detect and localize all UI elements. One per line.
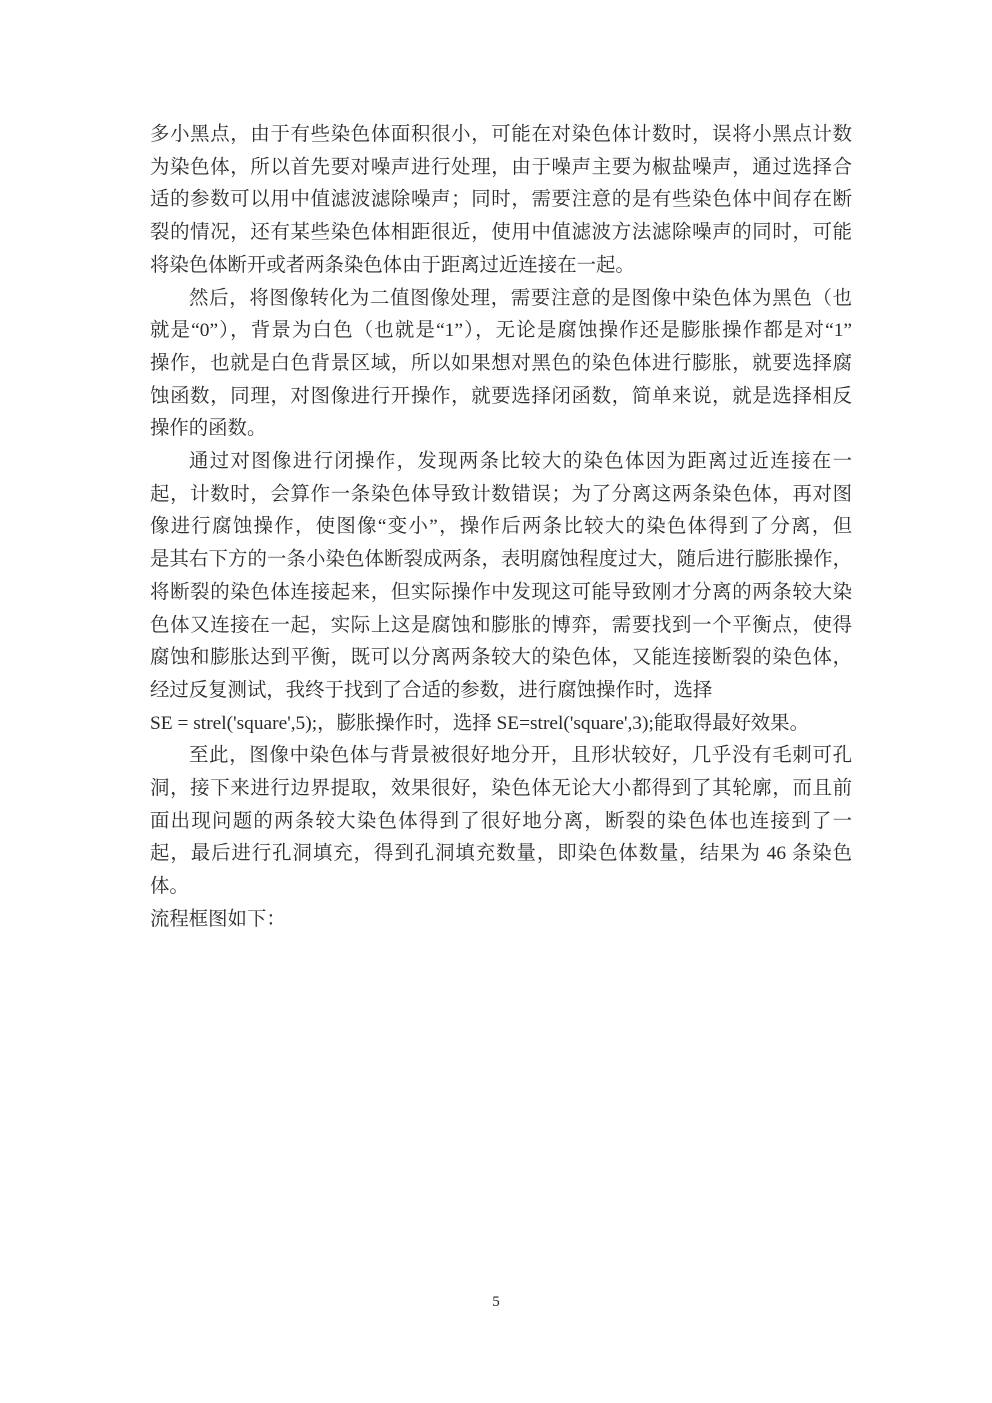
text-line: 色体又连接在一起，实际上这是腐蚀和膨胀的博弈，需要找到一个平衡点，使得: [150, 610, 852, 643]
text-line: 经过反复测试，我终于找到了合适的参数，进行腐蚀操作时，选择: [150, 675, 852, 708]
text-line: 操作，也就是白色背景区域，所以如果想对黑色的染色体进行膨胀，就要选择腐: [150, 348, 852, 381]
text-line: 洞，接下来进行边界提取，效果很好，染色体无论大小都得到了其轮廓，而且前: [150, 773, 852, 806]
text-line: 至此，图像中染色体与背景被很好地分开，且形状较好，几乎没有毛刺可孔: [150, 740, 852, 773]
paragraph: 多小黑点，由于有些染色体面积很小，可能在对染色体计数时，误将小黑点计数 为染色体…: [150, 119, 852, 283]
body-text: 多小黑点，由于有些染色体面积很小，可能在对染色体计数时，误将小黑点计数 为染色体…: [150, 119, 852, 937]
text-line: 就是“0”），背景为白色（也就是“1”），无论是腐蚀操作还是膨胀操作都是对“1”: [150, 315, 852, 348]
text-line: 多小黑点，由于有些染色体面积很小，可能在对染色体计数时，误将小黑点计数: [150, 119, 852, 152]
paragraph: 至此，图像中染色体与背景被很好地分开，且形状较好，几乎没有毛刺可孔 洞，接下来进…: [150, 740, 852, 904]
text-line: 为染色体，所以首先要对噪声进行处理，由于噪声主要为椒盐噪声，通过选择合: [150, 152, 852, 185]
text-line: 体。: [150, 871, 852, 904]
text-line: 是其右下方的一条小染色体断裂成两条，表明腐蚀程度过大，随后进行膨胀操作，: [150, 544, 852, 577]
text-line: 操作的函数。: [150, 413, 852, 446]
text-line: 像进行腐蚀操作，使图像“变小”，操作后两条比较大的染色体得到了分离，但: [150, 511, 852, 544]
text-line: 起，计数时，会算作一条染色体导致计数错误；为了分离这两条染色体，再对图: [150, 479, 852, 512]
text-line: 裂的情况，还有某些染色体相距很近，使用中值滤波方法滤除噪声的同时，可能: [150, 217, 852, 250]
text-line: 适的参数可以用中值滤波滤除噪声；同时，需要注意的是有些染色体中间存在断: [150, 184, 852, 217]
paragraph: 通过对图像进行闭操作，发现两条比较大的染色体因为距离过近连接在一 起，计数时，会…: [150, 446, 852, 708]
text-line: 将断裂的染色体连接起来，但实际操作中发现这可能导致刚才分离的两条较大染: [150, 577, 852, 610]
text-line: 蚀函数，同理，对图像进行开操作，就要选择闭函数，简单来说，就是选择相反: [150, 381, 852, 414]
text-line: 面出现问题的两条较大染色体得到了很好地分离，断裂的染色体也连接到了一: [150, 806, 852, 839]
paragraph: 然后，将图像转化为二值图像处理，需要注意的是图像中染色体为黑色（也 就是“0”）…: [150, 283, 852, 447]
text-line: 流程框图如下：: [150, 904, 852, 937]
paragraph: SE = strel('square',5);，膨胀操作时，选择 SE=stre…: [150, 708, 852, 741]
text-line: 将染色体断开或者两条染色体由于距离过近连接在一起。: [150, 250, 852, 283]
page-number: 5: [0, 1294, 992, 1311]
text-line: 然后，将图像转化为二值图像处理，需要注意的是图像中染色体为黑色（也: [150, 283, 852, 316]
text-line: 通过对图像进行闭操作，发现两条比较大的染色体因为距离过近连接在一: [150, 446, 852, 479]
text-line: 起，最后进行孔洞填充，得到孔洞填充数量，即染色体数量，结果为 46 条染色: [150, 838, 852, 871]
document-page: 多小黑点，由于有些染色体面积很小，可能在对染色体计数时，误将小黑点计数 为染色体…: [0, 0, 992, 1403]
text-line: 腐蚀和膨胀达到平衡，既可以分离两条较大的染色体，又能连接断裂的染色体，: [150, 642, 852, 675]
paragraph: 流程框图如下：: [150, 904, 852, 937]
formula-line: SE = strel('square',5);，膨胀操作时，选择 SE=stre…: [150, 708, 852, 741]
